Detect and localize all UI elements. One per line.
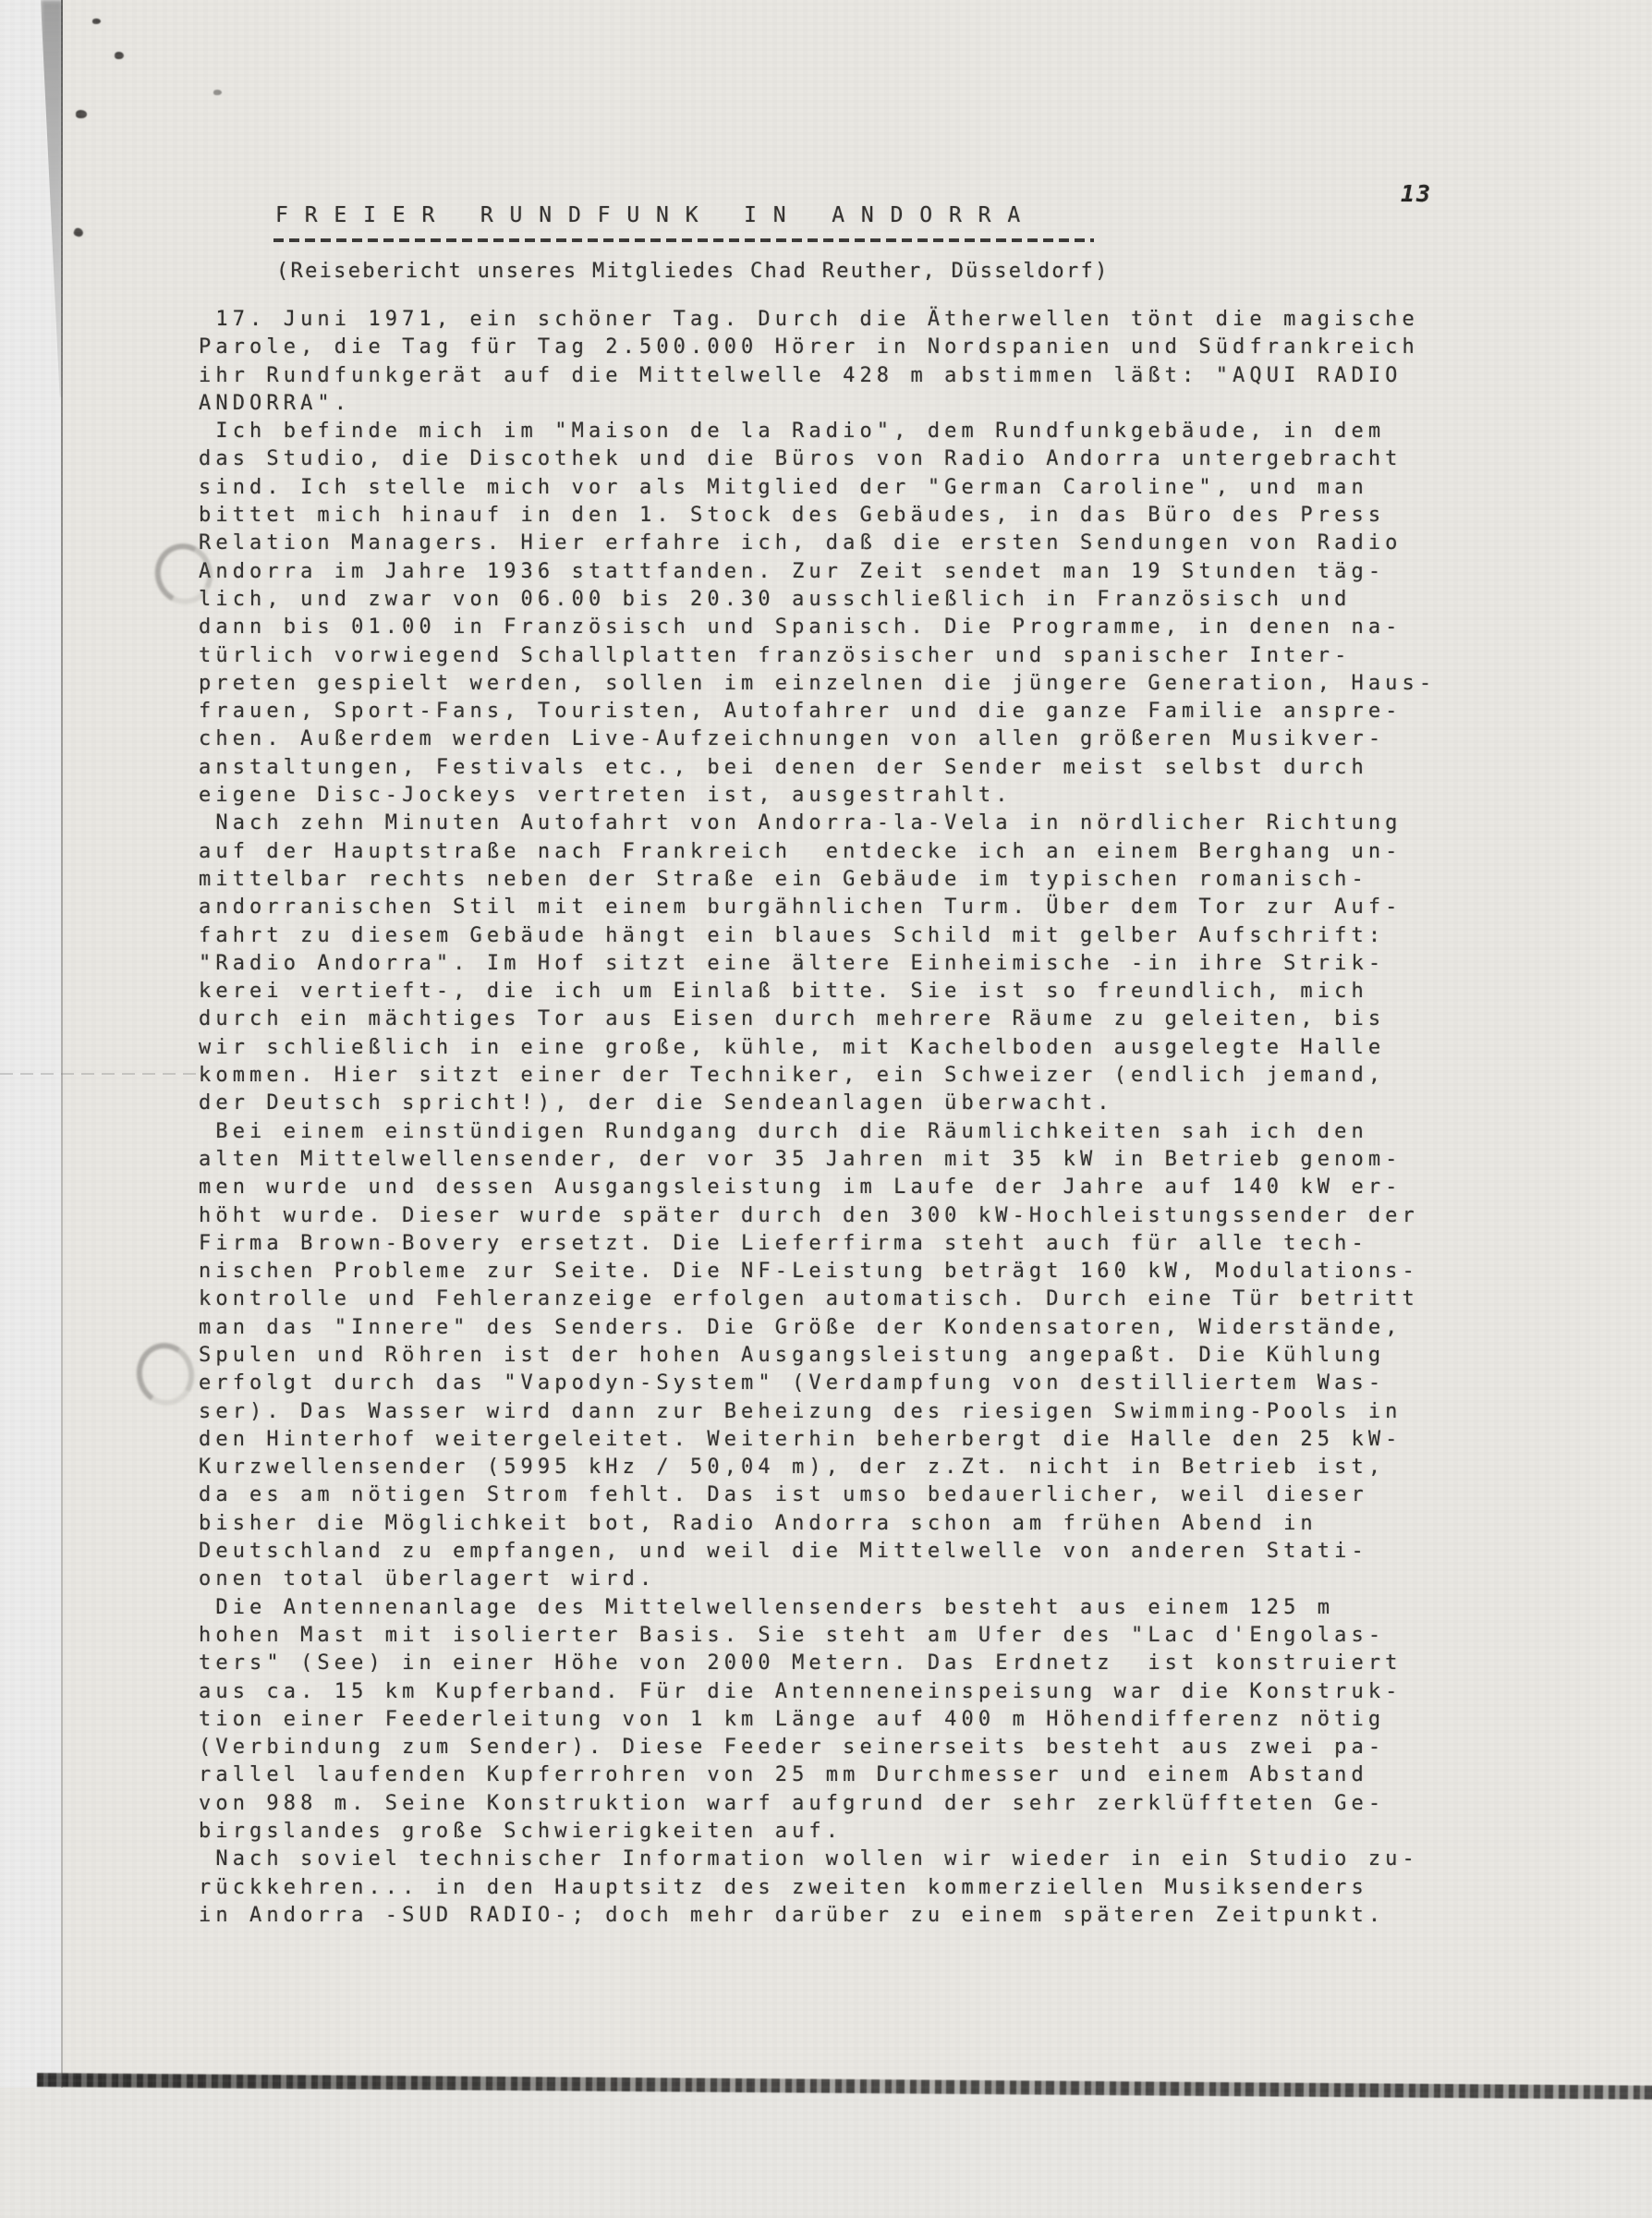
ring-smudge bbox=[131, 1337, 200, 1410]
page-edge-line bbox=[61, 0, 63, 2093]
page-title: F R E I E R R U N D F U N K I N A N D O … bbox=[275, 203, 1022, 227]
scan-artifact-line bbox=[0, 1073, 196, 1075]
scanned-document-page: 13 F R E I E R R U N D F U N K I N A N D… bbox=[0, 0, 1652, 2218]
ink-speck bbox=[76, 110, 87, 118]
page-bottom-area bbox=[0, 2088, 1652, 2218]
ink-speck bbox=[92, 18, 101, 24]
title-underline bbox=[273, 238, 1094, 242]
page-subtitle: (Reisebericht unseres Mitgliedes Chad Re… bbox=[276, 260, 1110, 283]
ink-speck bbox=[115, 52, 124, 59]
scanner-background bbox=[0, 0, 61, 2218]
ink-speck bbox=[213, 90, 222, 95]
body-text: 17. Juni 1971, ein schöner Tag. Durch di… bbox=[199, 306, 1436, 1930]
ink-speck bbox=[73, 227, 84, 238]
page-number: 13 bbox=[1401, 180, 1432, 207]
